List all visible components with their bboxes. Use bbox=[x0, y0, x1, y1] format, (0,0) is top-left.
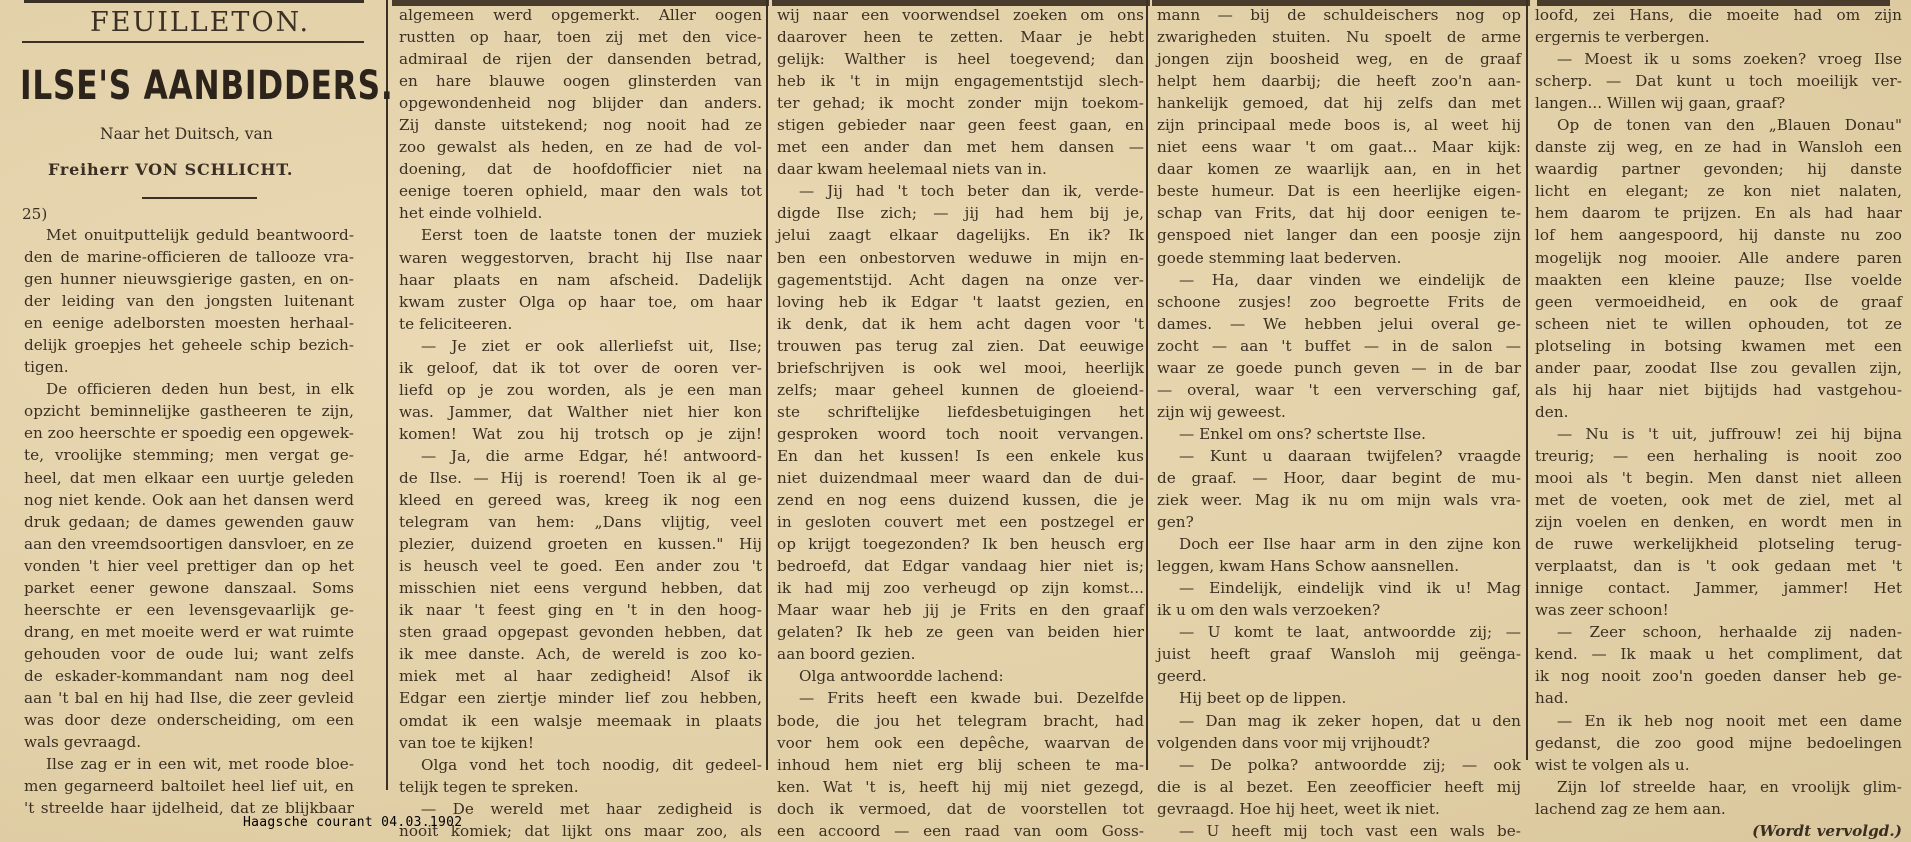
text-line: De officieren deden hun best, in elk bbox=[24, 378, 354, 400]
text-line: was door deze onderscheiding, om een bbox=[24, 709, 354, 731]
text-line: liefd op je zou worden, als je een man bbox=[399, 379, 762, 401]
text-line: — Kunt u daaraan twijfelen? vraagde bbox=[1157, 445, 1521, 467]
text-line: admiraal de rijen der dansenden betrad, bbox=[399, 48, 762, 70]
text-line: plezier, duizend groeten en kussen." Hij bbox=[399, 533, 762, 555]
text-line: Zijn lof streelde haar, en vroolijk glim… bbox=[1535, 776, 1902, 798]
text-line: Op de tonen van den „Blauen Donau" bbox=[1535, 114, 1902, 136]
text-line: (Wordt vervolgd.) bbox=[1535, 820, 1902, 842]
text-line: niet eens waar 't om gaat... Maar kijk: bbox=[1157, 136, 1521, 158]
text-line: telegram van hem: „Dans vlijtig, veel bbox=[399, 511, 762, 533]
text-column-1: Met onuitputtelijk geduld beantwoord-den… bbox=[24, 0, 352, 790]
text-line: lachend zag ze hem aan. bbox=[1535, 798, 1902, 820]
text-line: ergernis te verbergen. bbox=[1535, 26, 1902, 48]
text-line: — Enkel om ons? schertste Ilse. bbox=[1157, 423, 1521, 445]
text-line: nog niet kende. Ook aan het dansen werd bbox=[24, 489, 354, 511]
text-line: was zeer schoon! bbox=[1535, 599, 1902, 621]
text-line: opzicht beminnelijke gastheeren te zijn, bbox=[24, 400, 354, 422]
text-line: inhoud hem niet erg blij scheen te ma- bbox=[777, 754, 1144, 776]
text-line: niet duizendmaal meer waard dan de dui- bbox=[777, 467, 1144, 489]
text-line: hankelijk gemoed, dat hij zelfs dan met bbox=[1157, 92, 1521, 114]
text-line: ste schriftelijke liefdesbetuigingen het bbox=[777, 401, 1144, 423]
text-line: gesproken woord toch nooit vervangen. bbox=[777, 423, 1144, 445]
text-line: ik mee danste. Ach, de wereld is zoo ko- bbox=[399, 643, 762, 665]
text-line: bode, die jou het telegram bracht, had bbox=[777, 710, 1144, 732]
text-line: Hij beet op de lippen. bbox=[1157, 687, 1521, 709]
text-line: zoo gewalst als heden, en ze had de vol- bbox=[399, 136, 762, 158]
text-line: zocht — aan 't buffet — in de salon — bbox=[1157, 335, 1521, 357]
text-line: — Zeer schoon, herhaalde zij naden- bbox=[1535, 621, 1902, 643]
text-line: langen... Willen wij gaan, graaf? bbox=[1535, 92, 1902, 114]
text-line: druk gedaan; de dames gewenden gauw bbox=[24, 511, 354, 533]
text-line: tigen. bbox=[24, 356, 354, 378]
text-line: mogelijk nog mooier. Alle andere paren bbox=[1535, 247, 1902, 269]
text-line: — Eindelijk, eindelijk vind ik u! Mag bbox=[1157, 577, 1521, 599]
text-line: helpt hem daarbij; die heeft zoo'n aan- bbox=[1157, 70, 1521, 92]
text-line: zend en nog eens duizend kussen, die je bbox=[777, 489, 1144, 511]
text-line: en zoo heerschte er spoedig een opgewek- bbox=[24, 422, 354, 444]
text-line: den de marine-officieren de tallooze vra… bbox=[24, 246, 354, 268]
text-line: jelui zaagt elkaar dagelijks. En ik? Ik bbox=[777, 224, 1144, 246]
text-line: de eskader-kommandant nam nog deel bbox=[24, 665, 354, 687]
text-line: genspoed niet langer dan een poosje zijn bbox=[1157, 224, 1521, 246]
text-line: gedanst, die zoo good mijne bedoelingen bbox=[1535, 732, 1902, 754]
text-line: doening, dat de hoofdofficier niet na bbox=[399, 158, 762, 180]
text-line: de Ilse. — Hij is roerend! Toen ik al ge… bbox=[399, 467, 762, 489]
text-line: rustten op haar, toen zij met den vice- bbox=[399, 26, 762, 48]
text-line: omdat ik een walsje meemaak in plaats bbox=[399, 710, 762, 732]
text-line: ik geloof, dat ik tot over de ooren ver- bbox=[399, 357, 762, 379]
text-line: drang, en met moeite werd er wat ruimte bbox=[24, 621, 354, 643]
text-line: misschien niet eens vergund hebben, dat bbox=[399, 577, 762, 599]
text-line: digde Ilse zich; — jij had hem bij je, bbox=[777, 202, 1144, 224]
text-line: aan boord gezien. bbox=[777, 643, 1144, 665]
text-line: volgenden dans voor mij vrijhoudt? bbox=[1157, 732, 1521, 754]
text-line: ter gehad; ik mocht zonder mijn toekom- bbox=[777, 92, 1144, 114]
text-line: schoone zusjes! zoo begroette Frits de bbox=[1157, 291, 1521, 313]
text-line: stigen gebieder naar geen feest gaan, en bbox=[777, 114, 1144, 136]
text-line: verplaatst, dan is 't ook gedaan met 't bbox=[1535, 555, 1902, 577]
text-line: Doch eer Ilse haar arm in den zijne kon bbox=[1157, 533, 1521, 555]
text-line: leggen, kwam Hans Schow aansnellen. bbox=[1157, 555, 1521, 577]
text-line: heb ik 't in mijn engagementstijd slech- bbox=[777, 70, 1144, 92]
text-line: in gesloten couvert met een postzegel er bbox=[777, 511, 1144, 533]
text-line: zelfs; maar geheel kunnen de gloeiend- bbox=[777, 379, 1144, 401]
text-line: eenige toeren ophield, maar den wals tot bbox=[399, 180, 762, 202]
text-line: zijn principaal mede boos is, al weet hi… bbox=[1157, 114, 1521, 136]
text-line: Ilse zag er in een wit, met roode bloe- bbox=[24, 753, 354, 775]
source-caption: Haagsche courant 04.03.1902 bbox=[243, 815, 462, 830]
text-line: ik had mij zoo verheugd op zijn komst... bbox=[777, 577, 1144, 599]
text-line: zijn wij geweest. bbox=[1157, 401, 1521, 423]
text-line: opgewondenheid nog blijder dan anders. bbox=[399, 92, 762, 114]
text-line: gen hunner nieuwsgierige gasten, en on- bbox=[24, 268, 354, 290]
text-line: heerschte er een levensgevaarlijk ge- bbox=[24, 599, 354, 621]
text-line: geerd. bbox=[1157, 665, 1521, 687]
text-line: ik u om den wals verzoeken? bbox=[1157, 599, 1521, 621]
text-line: gagementstijd. Acht dagen na onze ver- bbox=[777, 269, 1144, 291]
text-line: geen vermoeidheid, en ook de graaf bbox=[1535, 291, 1902, 313]
text-line: danste zij weg, en ze had in Wansloh een bbox=[1535, 136, 1902, 158]
text-line: scherp. — Dat kunt u toch moeilijk ver- bbox=[1535, 70, 1902, 92]
text-line: — Nu is 't uit, juffrouw! zei hij bijna bbox=[1535, 423, 1902, 445]
text-line: aan 't bal en hij had Ilse, die zeer gev… bbox=[24, 687, 354, 709]
text-line: ander paar, zoodat Ilse zou gevallen zij… bbox=[1535, 357, 1902, 379]
text-line: waren weggestorven, bracht hij Ilse naar bbox=[399, 247, 762, 269]
text-line: den. bbox=[1535, 401, 1902, 423]
text-line: — Frits heeft een kwade bui. Dezelfde bbox=[777, 687, 1144, 709]
text-line: wist te volgen als u. bbox=[1535, 754, 1902, 776]
text-line: — U heeft mij toch vast een wals be- bbox=[1157, 820, 1521, 842]
text-line: mooi als 't begin. Men danst niet alleen bbox=[1535, 467, 1902, 489]
text-line: daarover heen te zetten. Maar je hebt bbox=[777, 26, 1144, 48]
text-line: briefschrijven is ook wel mooi, heerlijk bbox=[777, 357, 1144, 379]
text-column-5: loofd, zei Hans, die moeite had om zijne… bbox=[1535, 0, 1902, 790]
column-divider bbox=[766, 0, 768, 770]
column-divider bbox=[386, 0, 388, 790]
text-line: op krijgt toegezonden? Ik ben heusch erg bbox=[777, 533, 1144, 555]
text-line: de graaf. — Hoor, daar begint de mu- bbox=[1157, 467, 1521, 489]
text-line: wij naar een voorwendsel zoeken om ons bbox=[777, 4, 1144, 26]
text-line: miek met al haar zedigheid! Alsof ik bbox=[399, 665, 762, 687]
text-line: vonden 't hier veel prettiger dan op het bbox=[24, 555, 354, 577]
column-divider bbox=[1146, 0, 1148, 770]
text-line: beste humeur. Dat is een heerlijke eigen… bbox=[1157, 180, 1521, 202]
text-line: schap van Frits, dat hij door eenigen te… bbox=[1157, 202, 1521, 224]
text-line: het einde volhield. bbox=[399, 202, 762, 224]
text-line: met een ander dan met hem dansen — bbox=[777, 136, 1144, 158]
text-line: — De polka? antwoordde zij; — ook bbox=[1157, 754, 1521, 776]
text-line: is heusch veel te goed. Een ander zou 't bbox=[399, 555, 762, 577]
text-line: lof hem aangespoord, hij danste nu zoo bbox=[1535, 224, 1902, 246]
text-line: gevraagd. Hoe hij heet, weet ik niet. bbox=[1157, 798, 1521, 820]
text-line: maakten een kleine pauze; Ilse voelde bbox=[1535, 269, 1902, 291]
text-column-3: wij naar een voorwendsel zoeken om onsda… bbox=[777, 0, 1144, 790]
text-line: treurig; — een herhaling is nooit zoo bbox=[1535, 445, 1902, 467]
text-line: waar ze goede punch geven — in de bar bbox=[1157, 357, 1521, 379]
text-line: scheen niet te willen ophouden, tot ze bbox=[1535, 313, 1902, 335]
text-line: ik naar 't feest ging en 't in den hoog- bbox=[399, 599, 762, 621]
text-line: kleed en gereed was, kreeg ik nog een bbox=[399, 489, 762, 511]
text-line: als hij haar niet bijtijds had vastgehou… bbox=[1535, 379, 1902, 401]
text-line: dames. — We hebben jelui overal ge- bbox=[1157, 313, 1521, 335]
text-line: Edgar een ziertje minder lief zou hebben… bbox=[399, 687, 762, 709]
text-line: had. bbox=[1535, 687, 1902, 709]
text-line: — Ha, daar vinden we eindelijk de bbox=[1157, 269, 1521, 291]
text-line: parket eener gewone danszaal. Soms bbox=[24, 577, 354, 599]
text-line: Olga antwoordde lachend: bbox=[777, 665, 1144, 687]
text-line: telijk tegen te spreken. bbox=[399, 776, 762, 798]
text-line: kwam zuster Olga op haar toe, om haar bbox=[399, 291, 762, 313]
text-line: — overal, waar 't een verversching gaf, bbox=[1157, 379, 1521, 401]
text-line: Maar waar heb jij je Frits en den graaf bbox=[777, 599, 1144, 621]
text-line: Zij danste uitstekend; nog nooit had ze bbox=[399, 114, 762, 136]
text-line: loving heb ik Edgar 't laatst gezien, en bbox=[777, 291, 1144, 313]
newspaper-page: FEUILLETON. ILSE'S AANBIDDERS. Naar het … bbox=[0, 0, 1911, 790]
text-line: En dan het kussen! Is een enkele kus bbox=[777, 445, 1144, 467]
text-line: voor hem ook een depêche, waarvan de bbox=[777, 732, 1144, 754]
text-line: sten graad opgepast gevonden hebben, dat bbox=[399, 621, 762, 643]
text-line: — Ja, die arme Edgar, hé! antwoord- bbox=[399, 445, 762, 467]
text-column-4: mann — bij de schuldeischers nog opzwari… bbox=[1157, 0, 1521, 790]
text-line: ik nog nooit zoo'n goeden danser heb ge- bbox=[1535, 665, 1902, 687]
text-line: gen? bbox=[1157, 511, 1521, 533]
text-line: haar plaats en nam afscheid. Dadelijk bbox=[399, 269, 762, 291]
text-line: — U komt te laat, antwoordde zij; — bbox=[1157, 621, 1521, 643]
text-line: die is al bezet. Een zeeofficier heeft m… bbox=[1157, 776, 1521, 798]
text-line: — Moest ik u soms zoeken? vroeg Ilse bbox=[1535, 48, 1902, 70]
text-line: — En ik heb nog nooit met een dame bbox=[1535, 710, 1902, 732]
text-line: plotseling in botsing kwamen met een bbox=[1535, 335, 1902, 357]
text-line: ken. Wat 't is, heeft hij mij niet gezeg… bbox=[777, 776, 1144, 798]
text-line: — Dan mag ik zeker hopen, dat u den bbox=[1157, 710, 1521, 732]
text-line: gehouden voor de oude lui; want zelfs bbox=[24, 643, 354, 665]
text-line: waardig partner gevonden; hij danste bbox=[1535, 158, 1902, 180]
text-line: te feliciteeren. bbox=[399, 313, 762, 335]
text-line: — Je ziet er ook allerliefst uit, Ilse; bbox=[399, 335, 762, 357]
text-line: zijn voelen en denken, en wordt men in bbox=[1535, 511, 1902, 533]
column-divider bbox=[1526, 0, 1528, 760]
text-line: een accoord — een raad van oom Goss- bbox=[777, 820, 1144, 842]
text-line: aan den vreemdsoortigen dansvloer, en ze bbox=[24, 533, 354, 555]
text-line: delijk groepjes het geheele schip bezich… bbox=[24, 334, 354, 356]
text-line: heel, dat men elkaar een uurtje geleden bbox=[24, 467, 354, 489]
text-line: innige contact. Jammer, jammer! Het bbox=[1535, 577, 1902, 599]
text-line: van toe te kijken! bbox=[399, 732, 762, 754]
text-line: juist heeft graaf Wansloh mij geënga- bbox=[1157, 643, 1521, 665]
text-line: goede stemming laat bederven. bbox=[1157, 247, 1521, 269]
text-line: daar kwam heelemaal niets van in. bbox=[777, 158, 1144, 180]
text-line: te, vroolijke stemming; men vergat ge- bbox=[24, 444, 354, 466]
text-line: trouwen pas terug zal zien. Dat eeuwige bbox=[777, 335, 1144, 357]
text-line: hem daarom te prijzen. En als had haar bbox=[1535, 202, 1902, 224]
text-line: jongen zijn boosheid weg, en de graaf bbox=[1157, 48, 1521, 70]
text-line: loofd, zei Hans, die moeite had om zijn bbox=[1535, 4, 1902, 26]
text-line: mann — bij de schuldeischers nog op bbox=[1157, 4, 1521, 26]
text-line: men gegarneerd baltoilet heel lief uit, … bbox=[24, 775, 354, 797]
text-line: kend. — Ik maak u het compliment, dat bbox=[1535, 643, 1902, 665]
text-column-2: algemeen werd opgemerkt. Aller oogenrust… bbox=[399, 0, 762, 790]
text-line: gelijk: Walther is heel toegevend; dan bbox=[777, 48, 1144, 70]
text-line: daar komen ze waarlijk aan, en in het bbox=[1157, 158, 1521, 180]
text-line: ik denk, dat ik hem acht dagen voor 't bbox=[777, 313, 1144, 335]
text-line: — Jij had 't toch beter dan ik, verde- bbox=[777, 180, 1144, 202]
text-line: licht en elegant; ze kon niet nalaten, bbox=[1535, 180, 1902, 202]
text-line: zwarigheden stuiten. Nu spoelt de arme bbox=[1157, 26, 1521, 48]
text-line: ziek weer. Mag ik nu om mijn wals vra- bbox=[1157, 489, 1521, 511]
text-line: en hare blauwe oogen glinsterden van bbox=[399, 70, 762, 92]
text-line: algemeen werd opgemerkt. Aller oogen bbox=[399, 4, 762, 26]
text-line: doch ik vermoed, dat de voorstellen tot bbox=[777, 798, 1144, 820]
text-line: de ruwe werkelijkheid plotseling terug- bbox=[1535, 533, 1902, 555]
text-line: komen! Wat zou hij trotsch op je zijn! bbox=[399, 423, 762, 445]
text-line: gelaten? Ik heb ze geen van beiden hier bbox=[777, 621, 1144, 643]
text-line: en eenige adelborsten moesten herhaal- bbox=[24, 312, 354, 334]
text-line: bedroefd, dat Edgar vandaag hier niet is… bbox=[777, 555, 1144, 577]
text-line: der leiding van den jongsten luitenant bbox=[24, 290, 354, 312]
text-line: Met onuitputtelijk geduld beantwoord- bbox=[24, 224, 354, 246]
text-line: met de voeten, ook met de ziel, met al bbox=[1535, 489, 1902, 511]
text-line: Olga vond het toch noodig, dit gedeel- bbox=[399, 754, 762, 776]
text-line: ben een onbestorven weduwe in mijn en- bbox=[777, 247, 1144, 269]
text-line: wals gevraagd. bbox=[24, 731, 354, 753]
text-line: was. Jammer, dat Walther niet hier kon bbox=[399, 401, 762, 423]
text-line: Eerst toen de laatste tonen der muziek bbox=[399, 224, 762, 246]
